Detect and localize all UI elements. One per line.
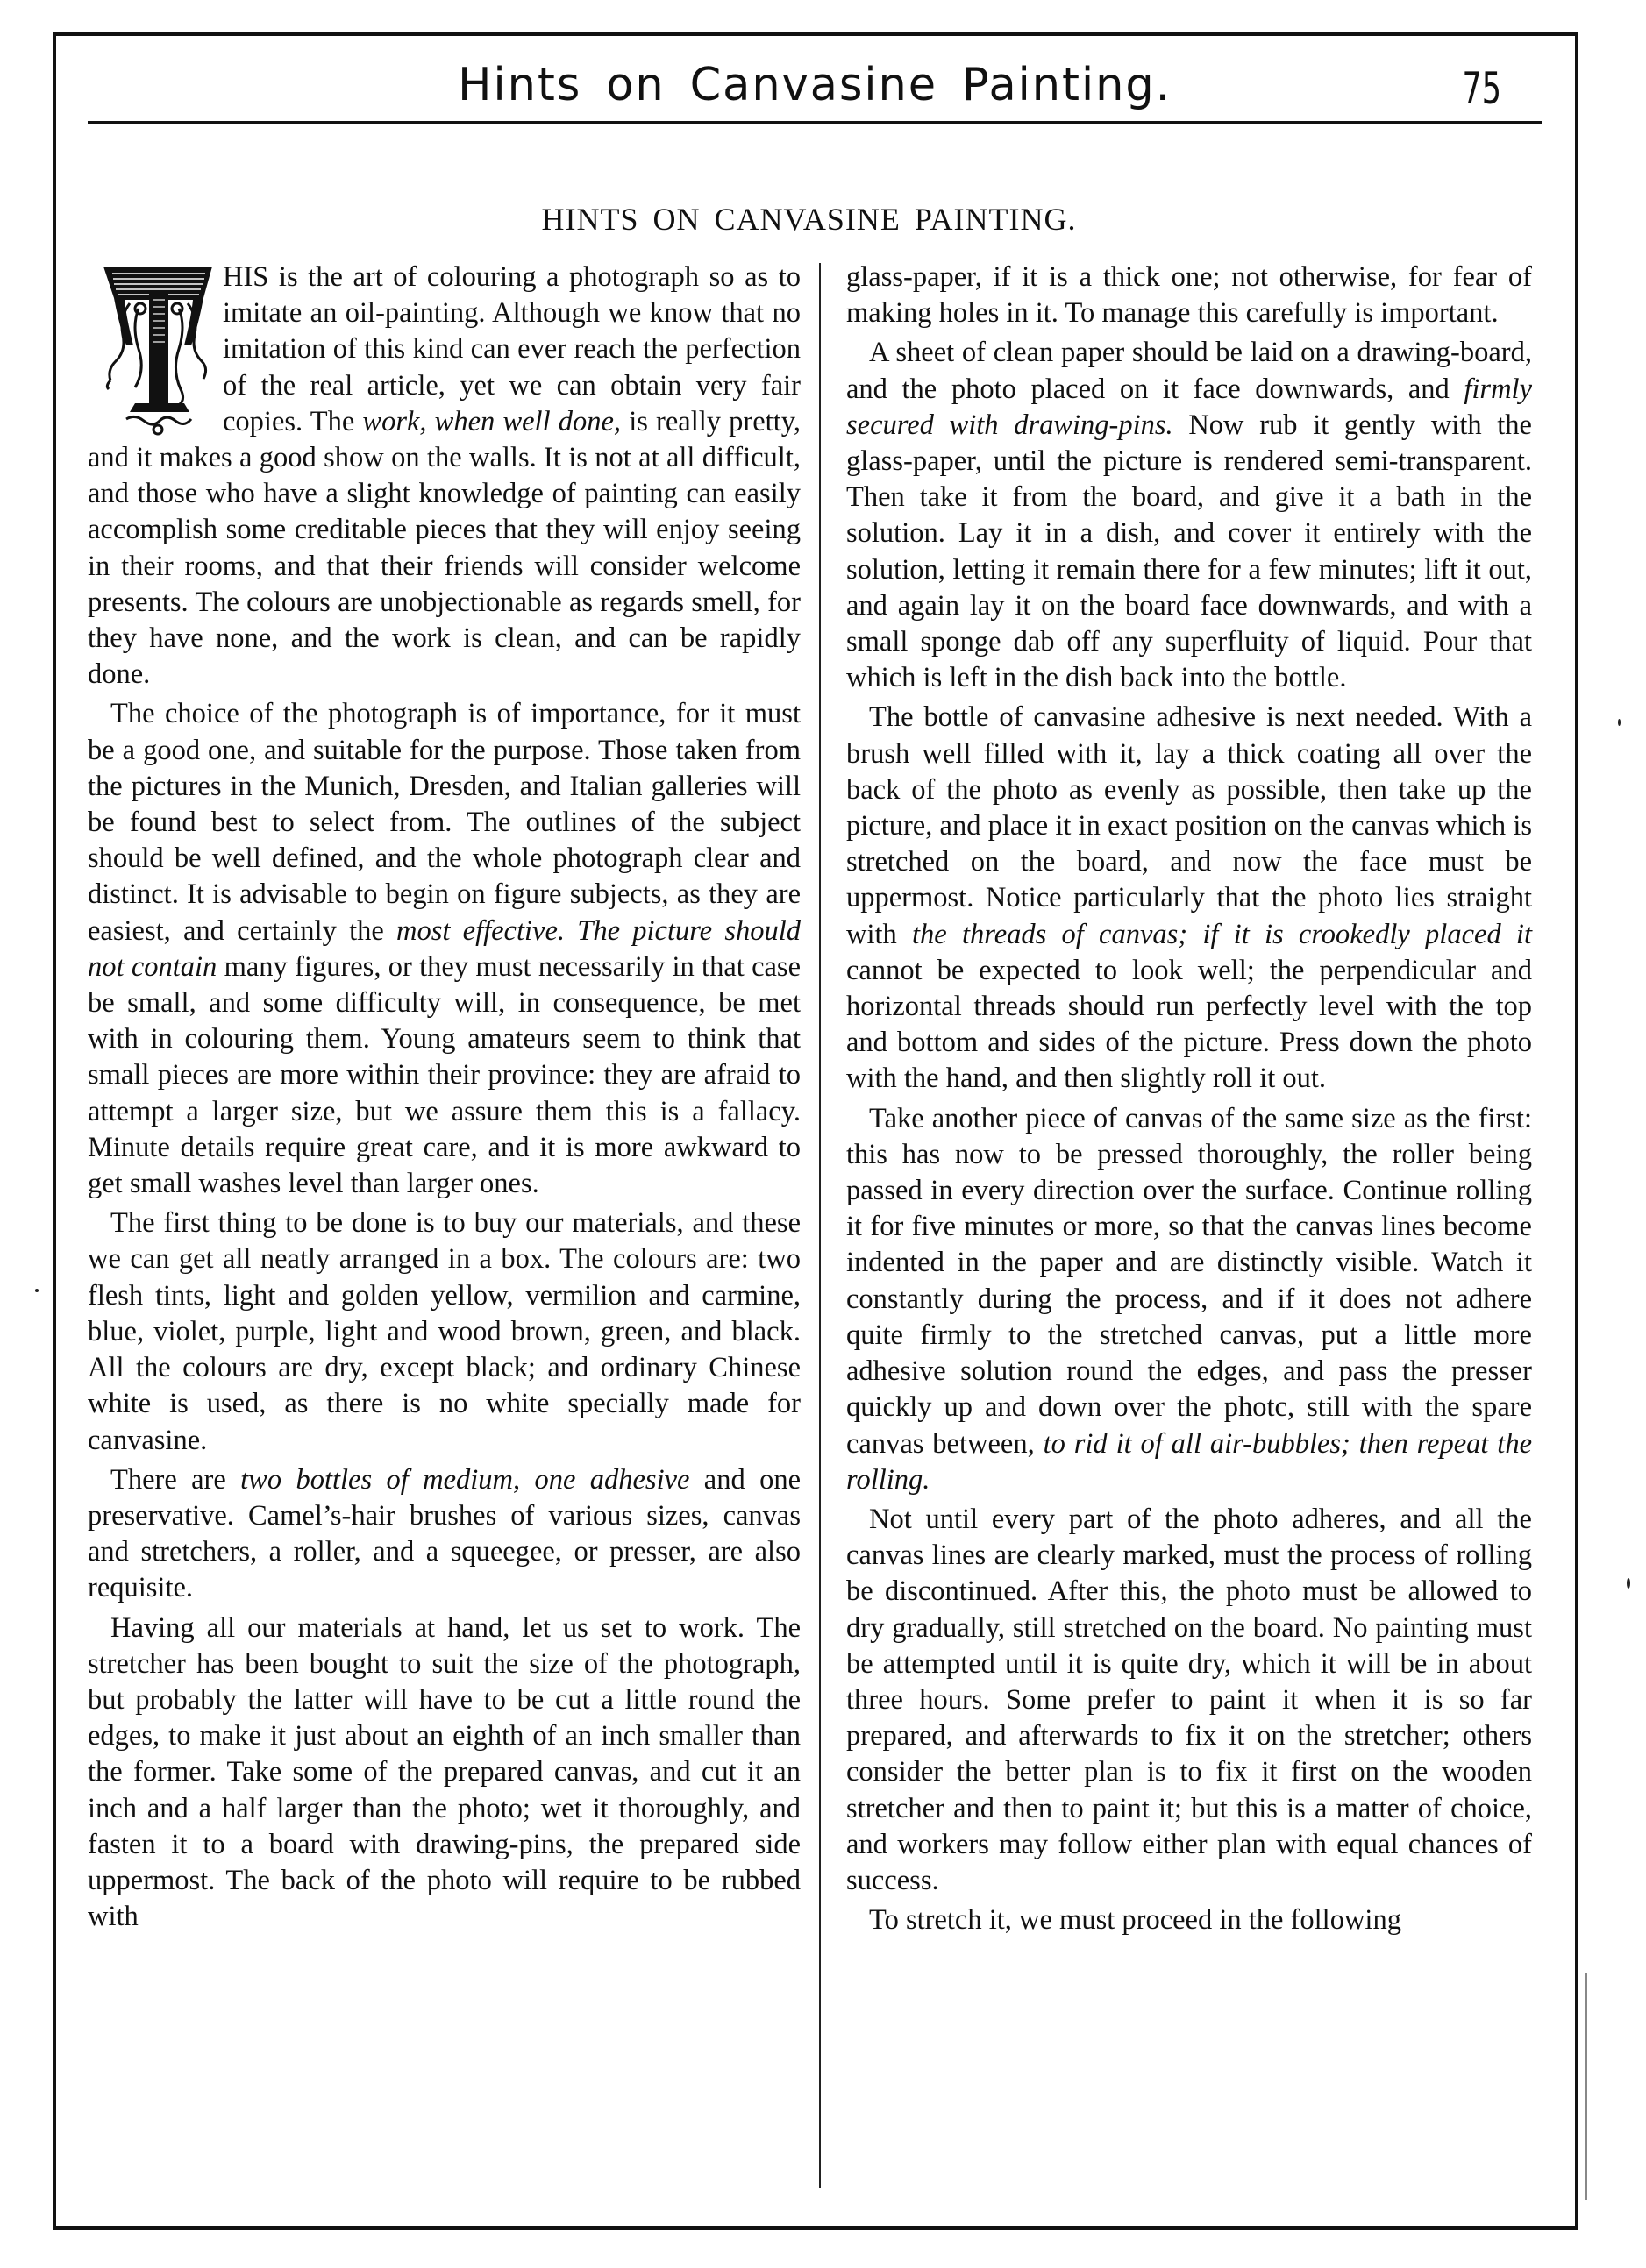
paragraph: The choice of the photograph is of impor…	[88, 696, 801, 1202]
italic-text: two bottles of medium, one adhesive	[240, 1464, 689, 1496]
paragraph-text: There are	[110, 1464, 240, 1496]
column-divider	[819, 263, 821, 2188]
italic-text: the threads of canvas; if it is crookedl…	[912, 919, 1532, 950]
paragraph: The first thing to be done is to buy our…	[88, 1205, 801, 1458]
scan-edge-noise	[1585, 1973, 1587, 2200]
paragraph: HIS is the art of colouring a photograph…	[88, 260, 801, 693]
paragraph-text: The choice of the photograph is of impor…	[88, 698, 801, 946]
paragraph: The bottle of canvasine adhesive is next…	[846, 700, 1532, 1097]
paragraph-text: Take another piece of canvas of the same…	[846, 1103, 1532, 1460]
paragraph: Take another piece of canvas of the same…	[846, 1101, 1532, 1498]
paragraph: A sheet of clean paper should be laid on…	[846, 335, 1532, 696]
scan-speck	[35, 1289, 39, 1292]
paragraph: Not until every part of the photo adhere…	[846, 1502, 1532, 1899]
paragraph-text: many figures, or they must necessarily i…	[88, 951, 801, 1199]
italic-text: work, when well done,	[362, 406, 621, 437]
paragraph-text: The bottle of canvasine adhesive is next…	[846, 701, 1532, 949]
ornamental-drop-cap-t-icon	[100, 265, 217, 437]
running-header-title: Hints on Canvasine Painting.	[103, 54, 1528, 116]
paragraph-text: is really pretty, and it makes a good sh…	[88, 406, 801, 690]
paragraph-text: A sheet of clean paper should be laid on…	[846, 337, 1532, 404]
paragraph-text: Now rub it gently with the glass-paper, …	[846, 409, 1532, 693]
header-rule	[88, 121, 1542, 124]
right-column: glass-paper, if it is a thick one; not o…	[846, 260, 1532, 1942]
paragraph: glass-paper, if it is a thick one; not o…	[846, 260, 1532, 331]
scan-speck	[1618, 719, 1621, 726]
running-header: Hints on Canvasine Painting. 75	[88, 54, 1542, 116]
scan-speck	[1627, 1578, 1630, 1589]
left-column: HIS is the art of colouring a photograph…	[88, 260, 801, 1938]
paragraph-text: cannot be expected to look well; the per…	[846, 955, 1532, 1095]
article-heading: HINTS ON CANVASINE PAINTING.	[88, 200, 1530, 238]
page-number: 75	[1463, 58, 1502, 119]
paragraph: Having all our materials at hand, let us…	[88, 1610, 801, 1936]
paragraph: There are two bottles of medium, one adh…	[88, 1462, 801, 1607]
paragraph: To stretch it, we must proceed in the fo…	[846, 1902, 1532, 1938]
